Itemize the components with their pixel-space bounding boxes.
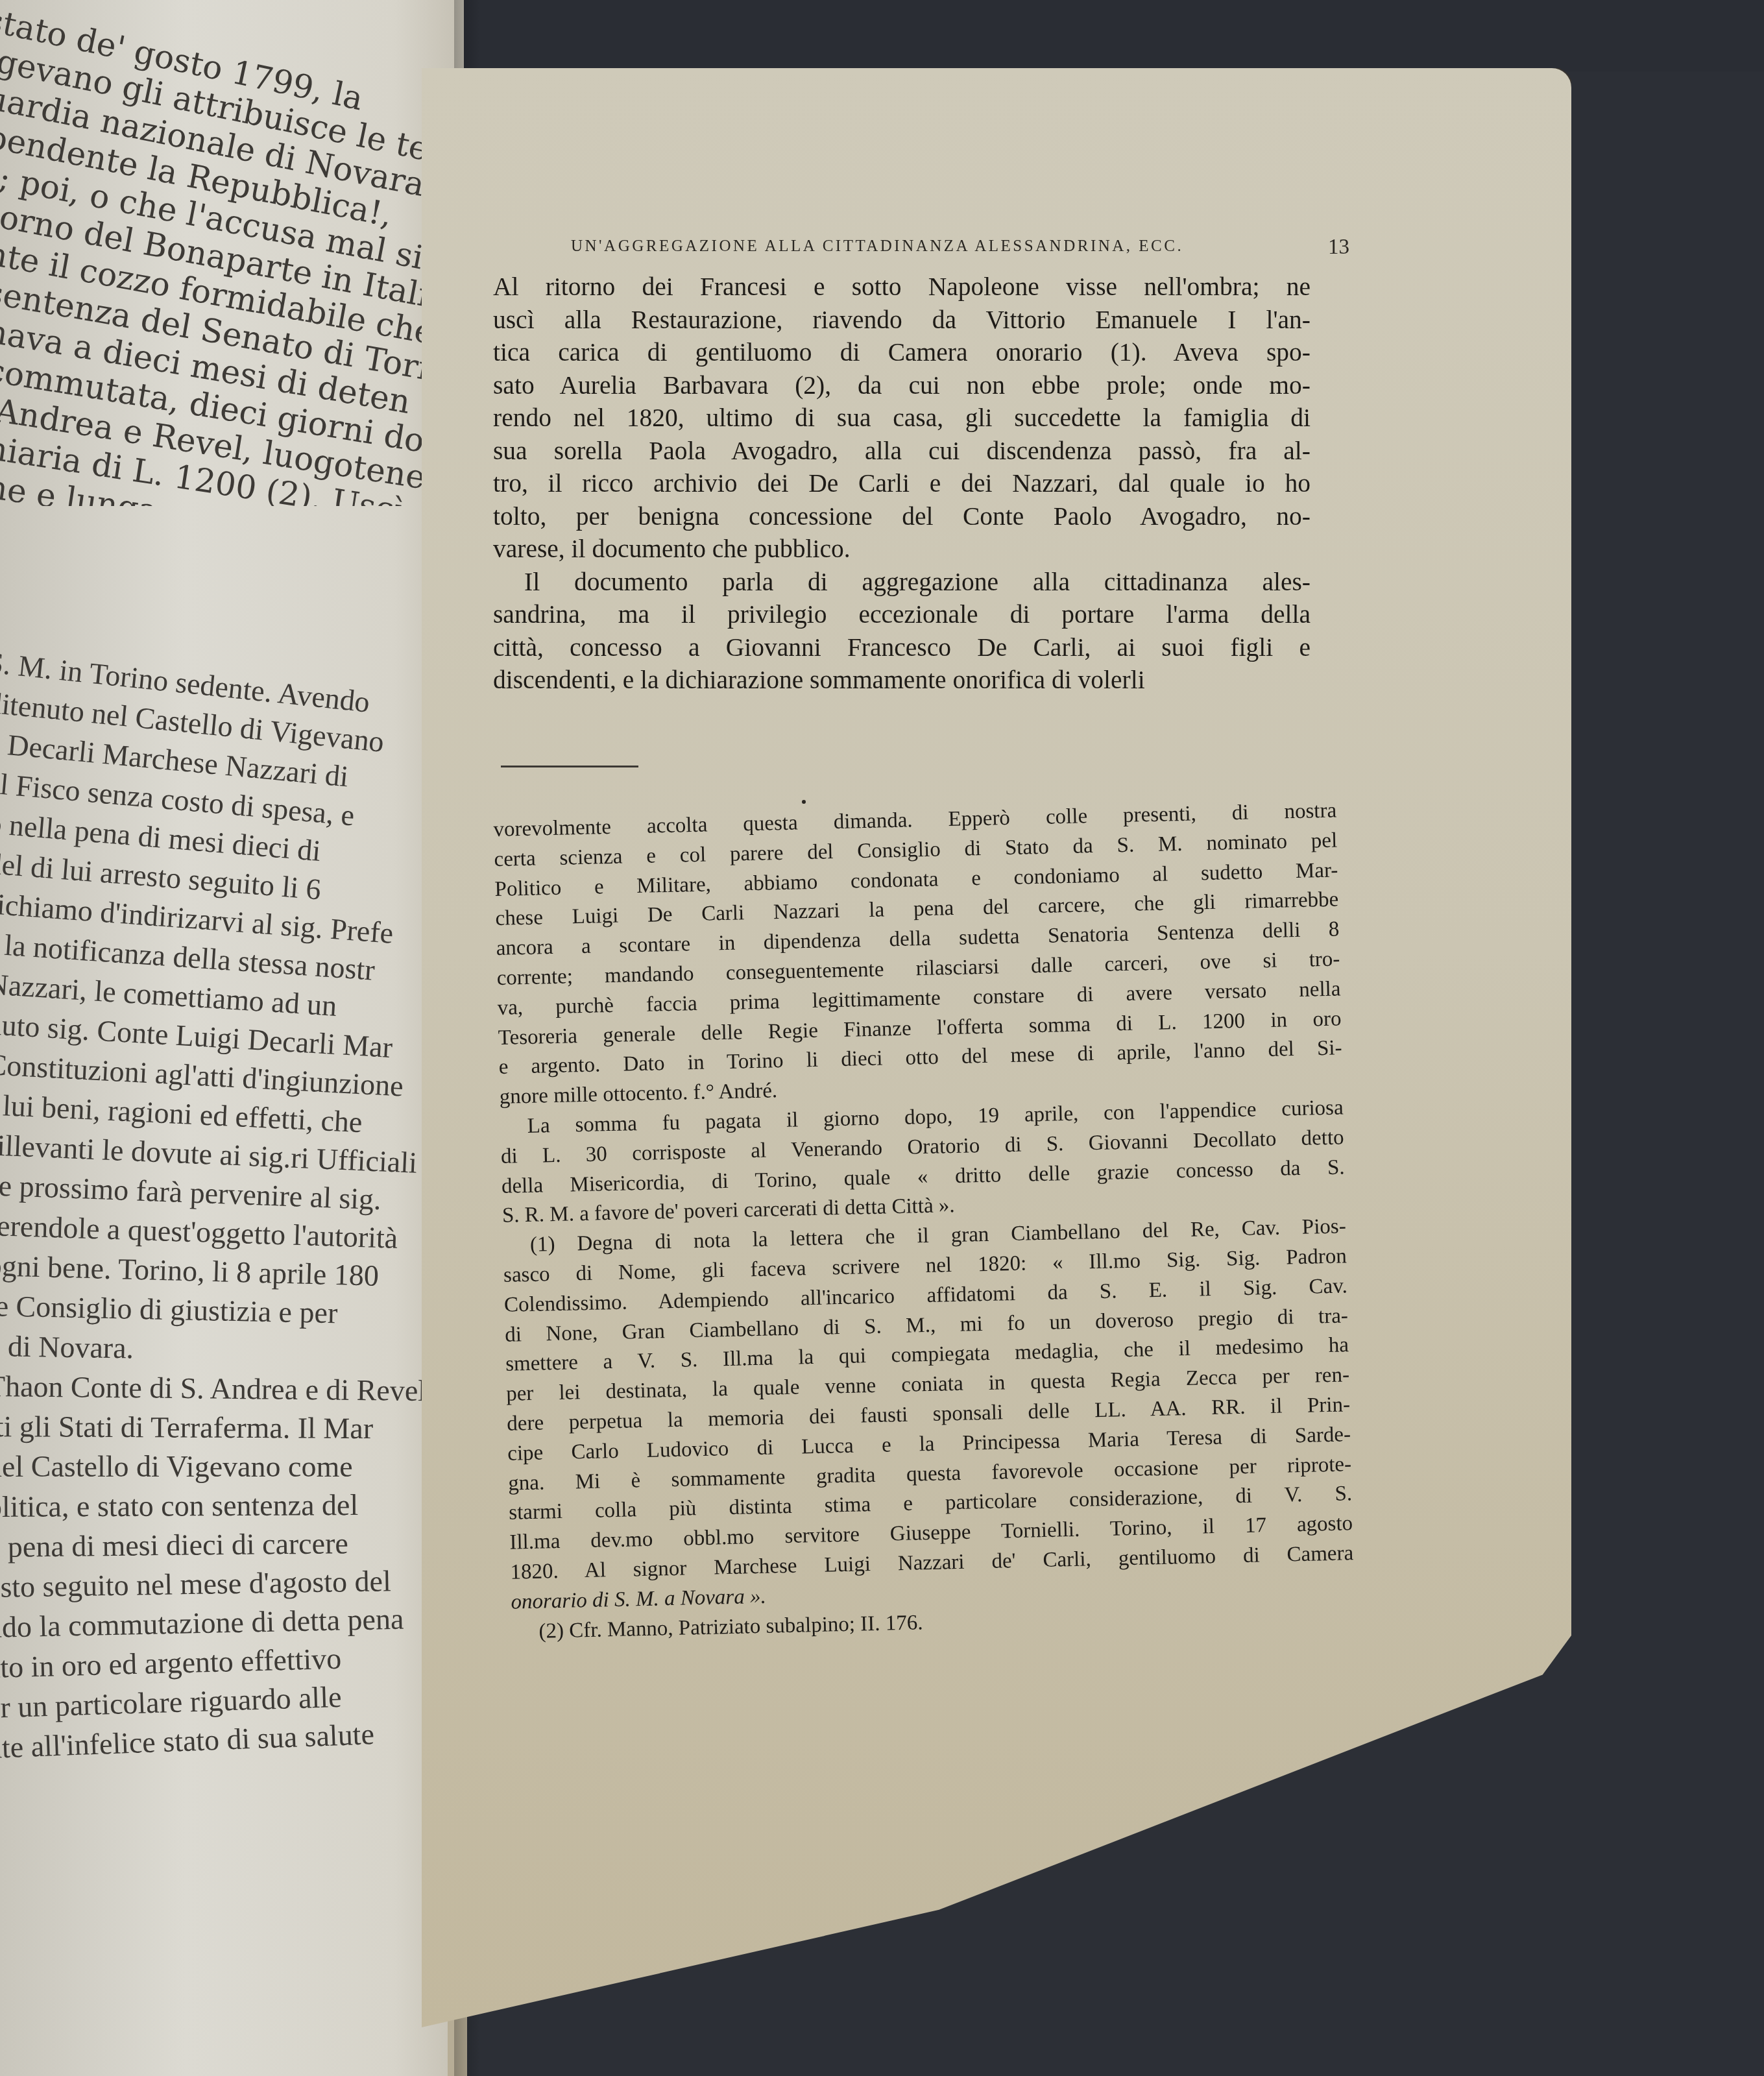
body-line: sandrina, ma il privilegio eccezionale d…	[493, 598, 1311, 631]
left-page-line: olitica, e stato con sentenza del	[0, 1484, 461, 1527]
dark-background	[454, 0, 1764, 71]
running-head-title: Un'aggregazione alla cittadinanza alessa…	[571, 237, 1183, 256]
left-page-line: nel Castello di Vigevano come	[0, 1447, 461, 1487]
body-line: rendo nel 1820, ultimo di sua casa, gli …	[493, 402, 1311, 435]
ink-speck	[802, 800, 806, 804]
body-text: Al ritorno dei Francesi e sotto Napoleon…	[493, 271, 1311, 697]
left-page-text-bottom: S. M. in Torino sedente. Avendoditenuto …	[0, 642, 461, 1768]
body-line: tro, il ricco archivio dei De Carli e de…	[493, 467, 1311, 500]
left-page-text-top: stato de' gosto 1799, laigevano gli attr…	[0, 0, 461, 506]
right-page: Un'aggregazione alla cittadinanza alessa…	[422, 68, 1571, 2027]
body-line: sato Aurelia Barbavara (2), da cui non e…	[493, 369, 1311, 402]
left-page: stato de' gosto 1799, laigevano gli attr…	[0, 0, 464, 2076]
footnote-rule	[501, 766, 638, 767]
body-line: discendenti, e la dichiarazione sommamen…	[493, 664, 1311, 697]
page-number: 13	[1328, 235, 1349, 259]
body-line: Al ritorno dei Francesi e sotto Napoleon…	[493, 271, 1311, 304]
running-head: Un'aggregazione alla cittadinanza alessa…	[493, 235, 1349, 256]
body-line: tolto, per benigna concessione del Conte…	[493, 500, 1311, 533]
left-page-line: Thaon Conte di S. Andrea e di Revel	[0, 1366, 461, 1412]
body-line: uscì alla Restaurazione, riavendo da Vit…	[493, 304, 1311, 337]
body-line: Il documento parla di aggregazione alla …	[493, 566, 1311, 599]
footnotes: vorevolmente accolta questa dimanda. Epp…	[493, 797, 1355, 1647]
body-line: tica carica di gentiluomo di Camera onor…	[493, 336, 1311, 369]
body-line: città, concesso a Giovanni Francesco De …	[493, 631, 1311, 664]
body-line: sua sorella Paola Avogadro, alla cui dis…	[493, 435, 1311, 468]
body-line: varese, il documento che pubblico.	[493, 533, 1311, 566]
left-page-line: tti gli Stati di Terraferma. Il Mar	[0, 1406, 461, 1449]
